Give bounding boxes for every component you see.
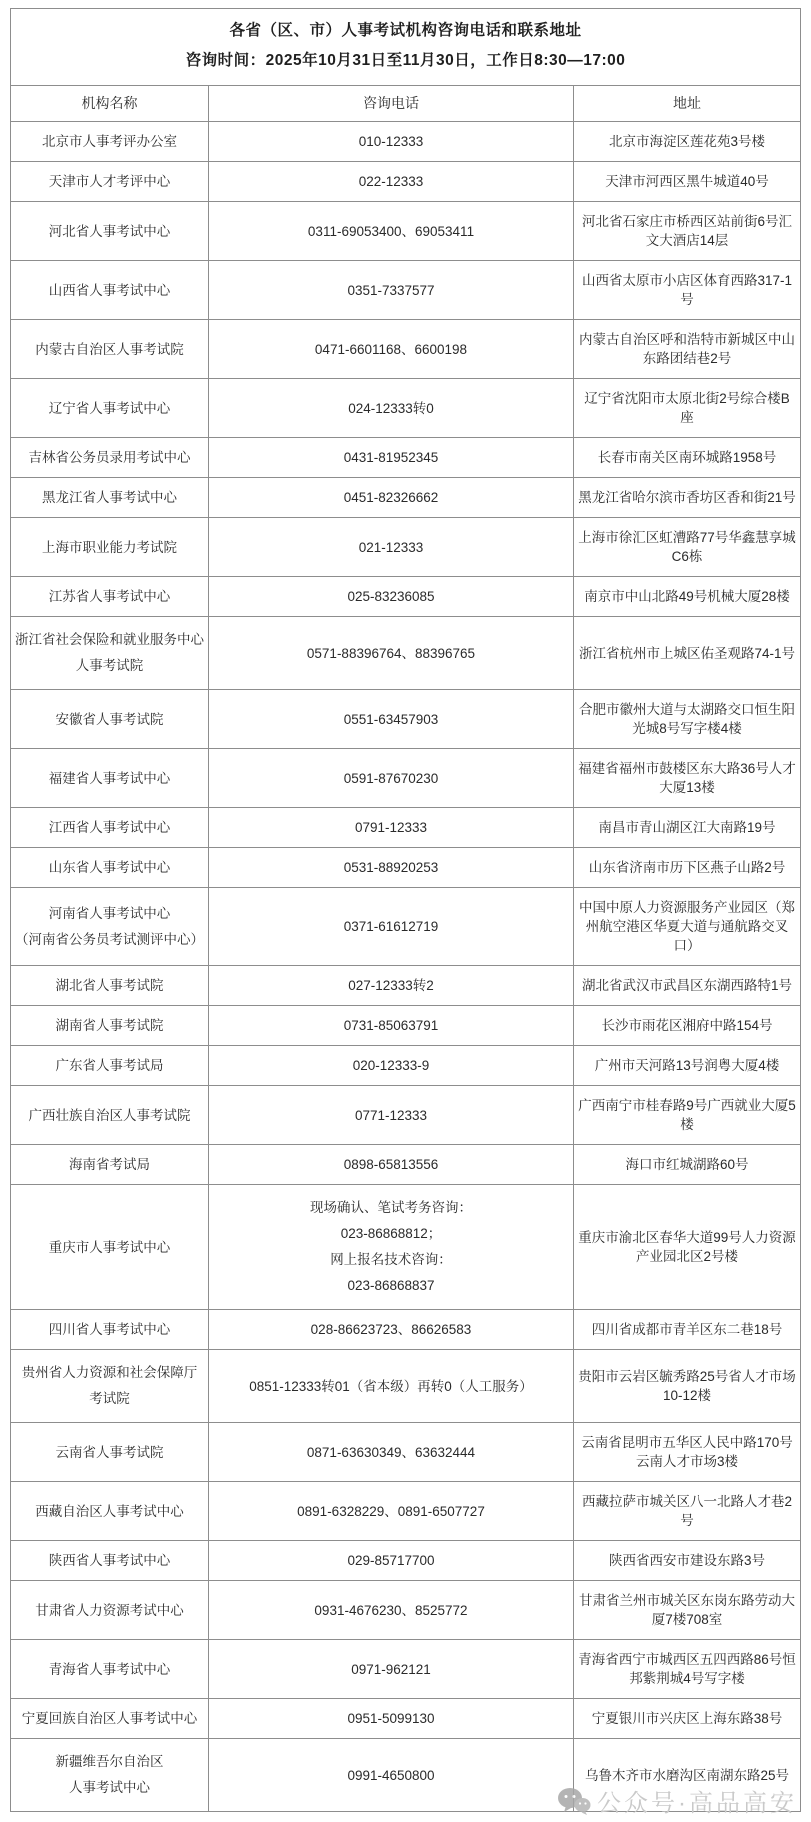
address-cell: 重庆市渝北区春华大道99号人力资源产业园北区2号楼 [574, 1185, 801, 1310]
phone-cell: 0951-5099130 [209, 1699, 574, 1739]
table-row: 山西省人事考试中心0351-7337577山西省太原市小店区体育西路317-1号 [11, 261, 801, 320]
page-title: 各省（区、市）人事考试机构咨询电话和联系地址 [21, 16, 790, 46]
table-row: 安徽省人事考试院0551-63457903合肥市徽州大道与太湖路交口恒生阳光城8… [11, 690, 801, 749]
phone-cell: 0991-4650800 [209, 1739, 574, 1812]
org-name-cell: 云南省人事考试院 [11, 1423, 209, 1482]
address-cell: 湖北省武汉市武昌区东湖西路特1号 [574, 966, 801, 1006]
table-row: 北京市人事考评办公室010-12333北京市海淀区莲花苑3号楼 [11, 122, 801, 162]
address-cell: 辽宁省沈阳市太原北街2号综合楼B座 [574, 379, 801, 438]
org-name-cell: 甘肃省人力资源考试中心 [11, 1581, 209, 1640]
table-row: 天津市人才考评中心022-12333天津市河西区黑牛城道40号 [11, 162, 801, 202]
address-cell: 陕西省西安市建设东路3号 [574, 1541, 801, 1581]
address-cell: 乌鲁木齐市水磨沟区南湖东路25号 [574, 1739, 801, 1812]
phone-cell: 0871-63630349、63632444 [209, 1423, 574, 1482]
table-row: 河北省人事考试中心0311-69053400、69053411河北省石家庄市桥西… [11, 202, 801, 261]
org-name-cell: 安徽省人事考试院 [11, 690, 209, 749]
org-name-cell: 湖北省人事考试院 [11, 966, 209, 1006]
phone-cell: 0371-61612719 [209, 888, 574, 966]
org-name-cell-line: 浙江省社会保险和就业服务中心 [15, 627, 204, 653]
phone-cell: 0731-85063791 [209, 1006, 574, 1046]
table-row: 西藏自治区人事考试中心0891-6328229、0891-6507727西藏拉萨… [11, 1482, 801, 1541]
org-name-cell: 广东省人事考试局 [11, 1046, 209, 1086]
org-name-cell: 辽宁省人事考试中心 [11, 379, 209, 438]
org-name-cell-line: 考试院 [15, 1386, 204, 1412]
phone-cell: 0891-6328229、0891-6507727 [209, 1482, 574, 1541]
table-row: 广东省人事考试局020-12333-9广州市天河路13号润粤大厦4楼 [11, 1046, 801, 1086]
table-row: 新疆维吾尔自治区人事考试中心0991-4650800乌鲁木齐市水磨沟区南湖东路2… [11, 1739, 801, 1812]
table-row: 湖北省人事考试院027-12333转2湖北省武汉市武昌区东湖西路特1号 [11, 966, 801, 1006]
org-name-cell: 新疆维吾尔自治区人事考试中心 [11, 1739, 209, 1812]
address-cell: 海口市红城湖路60号 [574, 1145, 801, 1185]
org-name-cell: 宁夏回族自治区人事考试中心 [11, 1699, 209, 1739]
address-cell: 四川省成都市青羊区东二巷18号 [574, 1310, 801, 1350]
table-row: 辽宁省人事考试中心024-12333转0辽宁省沈阳市太原北街2号综合楼B座 [11, 379, 801, 438]
org-name-cell-line: 贵州省人力资源和社会保障厅 [15, 1360, 204, 1386]
phone-cell-line: 023-86868837 [213, 1273, 569, 1299]
table-row: 重庆市人事考试中心现场确认、笔试考务咨询：023-86868812；网上报名技术… [11, 1185, 801, 1310]
phone-cell: 0931-4676230、8525772 [209, 1581, 574, 1640]
address-cell: 长春市南关区南环城路1958号 [574, 438, 801, 478]
org-name-cell: 贵州省人力资源和社会保障厅考试院 [11, 1350, 209, 1423]
address-cell: 长沙市雨花区湘府中路154号 [574, 1006, 801, 1046]
table-row: 贵州省人力资源和社会保障厅考试院0851-12333转01（省本级）再转0（人工… [11, 1350, 801, 1423]
phone-cell: 010-12333 [209, 122, 574, 162]
address-cell: 山东省济南市历下区燕子山路2号 [574, 848, 801, 888]
table-row: 陕西省人事考试中心029-85717700陕西省西安市建设东路3号 [11, 1541, 801, 1581]
address-cell: 云南省昆明市五华区人民中路170号云南人才市场3楼 [574, 1423, 801, 1482]
phone-cell-line: 网上报名技术咨询： [213, 1247, 569, 1273]
address-cell: 广西南宁市桂春路9号广西就业大厦5楼 [574, 1086, 801, 1145]
phone-cell: 021-12333 [209, 518, 574, 577]
phone-cell: 024-12333转0 [209, 379, 574, 438]
org-name-cell: 河北省人事考试中心 [11, 202, 209, 261]
phone-cell: 0898-65813556 [209, 1145, 574, 1185]
table-row: 宁夏回族自治区人事考试中心0951-5099130宁夏银川市兴庆区上海东路38号 [11, 1699, 801, 1739]
org-name-cell: 湖南省人事考试院 [11, 1006, 209, 1046]
org-name-cell-line: 人事考试院 [15, 653, 204, 679]
table-row: 云南省人事考试院0871-63630349、63632444云南省昆明市五华区人… [11, 1423, 801, 1482]
page: 各省（区、市）人事考试机构咨询电话和联系地址 咨询时间：2025年10月31日至… [0, 0, 811, 1822]
phone-cell: 0791-12333 [209, 808, 574, 848]
phone-cell: 025-83236085 [209, 577, 574, 617]
org-name-cell: 内蒙古自治区人事考试院 [11, 320, 209, 379]
address-cell: 北京市海淀区莲花苑3号楼 [574, 122, 801, 162]
title-row: 各省（区、市）人事考试机构咨询电话和联系地址 咨询时间：2025年10月31日至… [11, 9, 801, 86]
org-name-cell: 山西省人事考试中心 [11, 261, 209, 320]
table-row: 吉林省公务员录用考试中心0431-81952345长春市南关区南环城路1958号 [11, 438, 801, 478]
phone-cell: 0431-81952345 [209, 438, 574, 478]
address-cell: 中国中原人力资源服务产业园区（郑州航空港区华夏大道与通航路交叉口） [574, 888, 801, 966]
table-row: 浙江省社会保险和就业服务中心人事考试院0571-88396764、8839676… [11, 617, 801, 690]
page-subtitle: 咨询时间：2025年10月31日至11月30日，工作日8:30—17:00 [21, 46, 790, 76]
address-cell: 甘肃省兰州市城关区东岗东路劳动大厦7楼708室 [574, 1581, 801, 1640]
address-cell: 内蒙古自治区呼和浩特市新城区中山东路团结巷2号 [574, 320, 801, 379]
table-row: 湖南省人事考试院0731-85063791长沙市雨花区湘府中路154号 [11, 1006, 801, 1046]
table-row: 青海省人事考试中心0971-962121青海省西宁市城西区五四西路86号恒邦紫荆… [11, 1640, 801, 1699]
column-header-row: 机构名称 咨询电话 地址 [11, 86, 801, 122]
address-cell: 青海省西宁市城西区五四西路86号恒邦紫荆城4号写字楼 [574, 1640, 801, 1699]
table-row: 福建省人事考试中心0591-87670230福建省福州市鼓楼区东大路36号人才大… [11, 749, 801, 808]
contact-table: 各省（区、市）人事考试机构咨询电话和联系地址 咨询时间：2025年10月31日至… [10, 8, 801, 1812]
phone-cell-line: 023-86868812； [213, 1221, 569, 1247]
table-row: 甘肃省人力资源考试中心0931-4676230、8525772甘肃省兰州市城关区… [11, 1581, 801, 1640]
address-cell: 福建省福州市鼓楼区东大路36号人才大厦13楼 [574, 749, 801, 808]
phone-cell: 0771-12333 [209, 1086, 574, 1145]
address-cell: 合肥市徽州大道与太湖路交口恒生阳光城8号写字楼4楼 [574, 690, 801, 749]
phone-cell: 0351-7337577 [209, 261, 574, 320]
phone-cell: 0971-962121 [209, 1640, 574, 1699]
phone-cell-line: 现场确认、笔试考务咨询： [213, 1195, 569, 1221]
table-row: 四川省人事考试中心028-86623723、86626583四川省成都市青羊区东… [11, 1310, 801, 1350]
org-name-cell-line: 人事考试中心 [15, 1775, 204, 1801]
address-cell: 南昌市青山湖区江大南路19号 [574, 808, 801, 848]
address-cell: 宁夏银川市兴庆区上海东路38号 [574, 1699, 801, 1739]
address-cell: 天津市河西区黑牛城道40号 [574, 162, 801, 202]
phone-cell: 027-12333转2 [209, 966, 574, 1006]
phone-cell: 0311-69053400、69053411 [209, 202, 574, 261]
org-name-cell: 河南省人事考试中心（河南省公务员考试测评中心） [11, 888, 209, 966]
address-cell: 南京市中山北路49号机械大厦28楼 [574, 577, 801, 617]
org-name-cell: 黑龙江省人事考试中心 [11, 478, 209, 518]
address-cell: 贵阳市云岩区毓秀路25号省人才市场10-12楼 [574, 1350, 801, 1423]
table-body: 北京市人事考评办公室010-12333北京市海淀区莲花苑3号楼天津市人才考评中心… [11, 122, 801, 1812]
phone-cell: 0551-63457903 [209, 690, 574, 749]
address-cell: 山西省太原市小店区体育西路317-1号 [574, 261, 801, 320]
phone-cell: 0471-6601168、6600198 [209, 320, 574, 379]
phone-cell: 0571-88396764、88396765 [209, 617, 574, 690]
address-cell: 黑龙江省哈尔滨市香坊区香和街21号 [574, 478, 801, 518]
table-row: 海南省考试局0898-65813556海口市红城湖路60号 [11, 1145, 801, 1185]
org-name-cell-line: （河南省公务员考试测评中心） [15, 927, 204, 953]
org-name-cell: 上海市职业能力考试院 [11, 518, 209, 577]
org-name-cell: 广西壮族自治区人事考试院 [11, 1086, 209, 1145]
phone-cell: 029-85717700 [209, 1541, 574, 1581]
org-name-cell: 四川省人事考试中心 [11, 1310, 209, 1350]
org-name-cell: 天津市人才考评中心 [11, 162, 209, 202]
org-name-cell: 吉林省公务员录用考试中心 [11, 438, 209, 478]
org-name-cell-line: 新疆维吾尔自治区 [15, 1749, 204, 1775]
column-header-phone: 咨询电话 [209, 86, 574, 122]
column-header-org: 机构名称 [11, 86, 209, 122]
phone-cell: 现场确认、笔试考务咨询：023-86868812；网上报名技术咨询：023-86… [209, 1185, 574, 1310]
org-name-cell: 福建省人事考试中心 [11, 749, 209, 808]
address-cell: 广州市天河路13号润粤大厦4楼 [574, 1046, 801, 1086]
org-name-cell: 江苏省人事考试中心 [11, 577, 209, 617]
org-name-cell: 浙江省社会保险和就业服务中心人事考试院 [11, 617, 209, 690]
org-name-cell-line: 河南省人事考试中心 [15, 901, 204, 927]
table-title-cell: 各省（区、市）人事考试机构咨询电话和联系地址 咨询时间：2025年10月31日至… [11, 9, 801, 86]
address-cell: 河北省石家庄市桥西区站前街6号汇文大酒店14层 [574, 202, 801, 261]
column-header-address: 地址 [574, 86, 801, 122]
org-name-cell: 海南省考试局 [11, 1145, 209, 1185]
org-name-cell: 西藏自治区人事考试中心 [11, 1482, 209, 1541]
table-row: 上海市职业能力考试院021-12333上海市徐汇区虹漕路77号华鑫慧享城C6栋 [11, 518, 801, 577]
org-name-cell: 陕西省人事考试中心 [11, 1541, 209, 1581]
table-row: 江西省人事考试中心0791-12333南昌市青山湖区江大南路19号 [11, 808, 801, 848]
org-name-cell: 重庆市人事考试中心 [11, 1185, 209, 1310]
table-row: 广西壮族自治区人事考试院0771-12333广西南宁市桂春路9号广西就业大厦5楼 [11, 1086, 801, 1145]
table-row: 黑龙江省人事考试中心0451-82326662黑龙江省哈尔滨市香坊区香和街21号 [11, 478, 801, 518]
phone-cell: 0851-12333转01（省本级）再转0（人工服务） [209, 1350, 574, 1423]
address-cell: 浙江省杭州市上城区佑圣观路74-1号 [574, 617, 801, 690]
org-name-cell: 江西省人事考试中心 [11, 808, 209, 848]
table-row: 河南省人事考试中心（河南省公务员考试测评中心）0371-61612719中国中原… [11, 888, 801, 966]
phone-cell: 0591-87670230 [209, 749, 574, 808]
address-cell: 西藏拉萨市城关区八一北路人才巷2号 [574, 1482, 801, 1541]
table-row: 山东省人事考试中心0531-88920253山东省济南市历下区燕子山路2号 [11, 848, 801, 888]
phone-cell: 0531-88920253 [209, 848, 574, 888]
phone-cell: 020-12333-9 [209, 1046, 574, 1086]
org-name-cell: 青海省人事考试中心 [11, 1640, 209, 1699]
address-cell: 上海市徐汇区虹漕路77号华鑫慧享城C6栋 [574, 518, 801, 577]
phone-cell: 0451-82326662 [209, 478, 574, 518]
phone-cell: 028-86623723、86626583 [209, 1310, 574, 1350]
org-name-cell: 北京市人事考评办公室 [11, 122, 209, 162]
table-row: 内蒙古自治区人事考试院0471-6601168、6600198内蒙古自治区呼和浩… [11, 320, 801, 379]
phone-cell: 022-12333 [209, 162, 574, 202]
org-name-cell: 山东省人事考试中心 [11, 848, 209, 888]
table-row: 江苏省人事考试中心025-83236085南京市中山北路49号机械大厦28楼 [11, 577, 801, 617]
